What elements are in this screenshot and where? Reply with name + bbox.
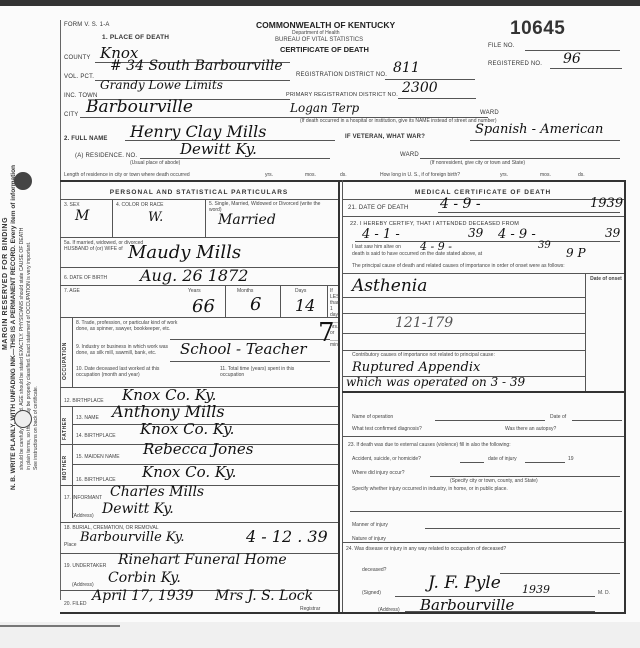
- column-divider-inner: [342, 180, 343, 612]
- diagnosis-label: What test confirmed diagnosis?: [352, 426, 422, 432]
- punch-hole-icon: [14, 172, 32, 190]
- residence-ward-line: [420, 158, 620, 159]
- father-name-value: Anthony Mills: [112, 402, 225, 421]
- column-divider: [338, 180, 340, 612]
- age-days-value: 14: [295, 296, 315, 315]
- cause-intro: The principal cause of death and related…: [352, 263, 614, 269]
- rule: [342, 273, 624, 274]
- undertaker-address-label: (Address): [72, 582, 94, 588]
- injury-year-label: 19: [568, 456, 574, 462]
- attended-to-value: 4 - 9 -: [498, 227, 536, 242]
- margin-rule: [60, 20, 61, 600]
- attended-to-year: 39: [605, 226, 620, 240]
- rule: [225, 285, 226, 317]
- sex-value: M: [75, 208, 89, 224]
- cause-code-value: 121-179: [395, 315, 453, 331]
- operation-label: Name of operation: [352, 414, 393, 420]
- md-label: M. D.: [598, 590, 610, 596]
- instructions-line-1: N. B. WRITE PLAINLY, WITH UNFADING INK—T…: [10, 165, 17, 490]
- age-months-value: 6: [250, 294, 261, 315]
- specify-label: Specify whether injury occurred in indus…: [352, 486, 617, 492]
- father-birthplace-label: 14. BIRTHPLACE: [76, 433, 116, 439]
- industry-label: 9. Industry or business in which work wa…: [76, 344, 176, 356]
- last-saw-year: 39: [538, 240, 551, 251]
- mother-maiden-value: Rebecca Jones: [143, 440, 253, 458]
- date-of-death-line: [438, 212, 620, 213]
- full-name-value: Henry Clay Mills: [130, 122, 266, 141]
- attended-from-year: 39: [468, 226, 483, 240]
- total-time-label: 11. Total time (years) spent in this occ…: [220, 366, 300, 378]
- mother-birthplace-value: Knox Co. Ky.: [142, 463, 236, 481]
- vol-pct-label: Vol. Pct.: [64, 74, 94, 80]
- us-label: How long in U. S., if of foreign birth?: [380, 172, 460, 178]
- contributory-1-value: Ruptured Appendix: [352, 360, 480, 375]
- accident-line: [460, 462, 484, 463]
- industry-mark: 7: [318, 318, 335, 348]
- city-value: Barbourville: [86, 97, 193, 117]
- medical-heading: MEDICAL CERTIFICATE OF DEATH: [342, 189, 624, 196]
- residence-note: (Usual place of abode): [130, 160, 180, 166]
- specify-line: [350, 511, 622, 512]
- bottom-border: [60, 612, 626, 614]
- city-line: [80, 117, 290, 118]
- rule: [60, 522, 338, 523]
- onset-column-divider: [585, 273, 586, 391]
- date-of-death-value: 4 - 9 -: [440, 196, 481, 212]
- color-value: W.: [148, 210, 163, 225]
- mother-maiden-label: 15. MAIDEN NAME: [76, 454, 120, 460]
- informant-value: Charles Mills: [110, 484, 204, 500]
- full-name-label: 2. FULL NAME: [64, 136, 108, 142]
- address-label: (Address): [378, 607, 400, 613]
- vol-pct-value: Grandy Lowe Limits: [100, 78, 223, 92]
- undertaker-label: 19. UNDERTAKER: [64, 563, 106, 569]
- signed-value: J. F. Pyle: [428, 573, 501, 593]
- father-side-label: FATHER: [62, 417, 68, 440]
- operation-date-label: Date of: [550, 414, 566, 420]
- date-of-death-year: 1939: [590, 196, 623, 211]
- cause-line: [342, 333, 585, 334]
- city-label: City: [64, 112, 78, 118]
- header-title: CERTIFICATE OF DEATH: [280, 45, 369, 54]
- registration-district-value: 811: [393, 60, 420, 76]
- industry-line: [170, 361, 330, 362]
- rule: [342, 391, 624, 393]
- form-id: Form V. S. 1-A: [64, 22, 110, 28]
- deceased-label: deceased?: [362, 567, 386, 573]
- punch-hole-icon: [14, 410, 32, 428]
- years-occupation-label: 10. Date deceased last worked at this oc…: [76, 366, 176, 378]
- rule: [72, 406, 73, 518]
- registrar-label: Registrar: [300, 606, 320, 612]
- street-value: # 34 South Barbourville: [110, 58, 283, 74]
- informant-label: 17. INFORMANT: [64, 495, 102, 501]
- birthplace-label: 12. BIRTHPLACE: [64, 398, 104, 404]
- last-saw-label: I last saw him alive on: [352, 244, 401, 250]
- rule: [327, 285, 328, 317]
- scan-edge-rule: [0, 625, 120, 627]
- binding-margin: N. B. WRITE PLAINLY, WITH UNFADING INK—T…: [0, 120, 58, 620]
- mother-side-label: MOTHER: [62, 455, 68, 480]
- length-mos: mos.: [305, 172, 316, 178]
- signed-label: (Signed): [362, 590, 381, 596]
- burial-place-value: Barbourville Ky.: [80, 530, 185, 545]
- right-border: [624, 180, 626, 612]
- color-label: 4. COLOR OR RACE: [116, 202, 164, 208]
- primary-registration-label: Primary Registration District No.: [286, 92, 398, 98]
- scanned-certificate: N. B. WRITE PLAINLY, WITH UNFADING INK—T…: [0, 0, 640, 648]
- veteran-value: Spanish - American: [475, 122, 603, 137]
- veteran-label: If veteran, what war?: [345, 134, 425, 140]
- age-label: 7. AGE: [64, 288, 80, 294]
- residence-line: [140, 158, 330, 159]
- primary-registration-line: [398, 98, 476, 99]
- trade-label: 8. Trade, profession, or particular kind…: [76, 320, 181, 332]
- instructions-line-2: should be carefully supplied. AGE should…: [19, 228, 25, 470]
- burial-place-label: Place: [64, 542, 77, 548]
- header-commonwealth: COMMONWEALTH OF KENTUCKY: [256, 20, 395, 30]
- attended-from-value: 4 - 1 -: [362, 227, 400, 242]
- address-line: [405, 611, 595, 612]
- filed-label: 20. FILED: [64, 601, 87, 607]
- attended-line: [355, 241, 620, 242]
- manner-label: Manner of injury: [352, 522, 388, 528]
- residence-value: Dewitt Ky.: [180, 140, 257, 158]
- rule: [60, 237, 338, 238]
- instructions-line-3: in plain terms, so that it may be proper…: [26, 242, 32, 470]
- death-said-label: death is said to have occurred on the da…: [352, 251, 532, 257]
- us-mos: mos.: [540, 172, 551, 178]
- rule: [280, 285, 281, 317]
- ward-label: Ward: [480, 110, 499, 116]
- date-injury-line: [525, 462, 565, 463]
- registration-district-label: Registration District No.: [296, 72, 387, 78]
- marital-value: Married: [218, 212, 276, 228]
- town-value: Logan Terp: [290, 101, 359, 115]
- length-ds: ds.: [340, 172, 347, 178]
- us-yrs: yrs.: [500, 172, 508, 178]
- us-ds: ds.: [578, 172, 585, 178]
- cause-line: [342, 313, 585, 314]
- occupation-related-label: 24. Was disease or injury in any way rel…: [346, 546, 621, 552]
- residence-ward-label: Ward: [400, 152, 419, 158]
- rule: [60, 285, 338, 286]
- residence-label: (a) Residence. No.: [75, 153, 137, 159]
- header-department: Department of Health: [292, 30, 340, 36]
- scan-edge-top: [0, 0, 640, 6]
- rule: [112, 199, 113, 237]
- operation-date-line: [572, 420, 622, 421]
- mother-birthplace-label: 16. BIRTHPLACE: [76, 477, 116, 483]
- burial-date-value: 4 - 12 . 39: [246, 527, 328, 546]
- file-no-label: File No.: [488, 43, 515, 49]
- death-time-value: 9 P: [566, 246, 586, 260]
- accident-label: Accident, suicide, or homicide?: [352, 456, 421, 462]
- rule: [60, 199, 338, 200]
- undertaker-value: Rinehart Funeral Home: [118, 552, 287, 568]
- date-of-death-label: 21. DATE OF DEATH: [348, 205, 409, 211]
- rule: [342, 436, 624, 437]
- where-injury-line: [430, 476, 620, 477]
- cause-line: [342, 350, 585, 351]
- where-injury-label: Where did injury occur?: [352, 470, 405, 476]
- rule: [60, 180, 626, 182]
- manner-line: [425, 528, 620, 529]
- filed-date-value: April 17, 1939: [92, 588, 194, 604]
- dob-value: Aug. 26 1872: [140, 266, 248, 285]
- contributory-2-value: which was operated on 3 - 39: [346, 375, 525, 389]
- primary-registration-value: 2300: [402, 80, 438, 96]
- binding-label: MARGIN RESERVED FOR BINDING: [2, 217, 9, 350]
- veteran-line: [470, 140, 620, 141]
- industry-value: School - Teacher: [180, 340, 307, 358]
- nonresident-note: (If nonresident, give city or town and S…: [430, 160, 525, 166]
- dob-label: 6. DATE OF BIRTH: [64, 275, 107, 281]
- county-label: County: [64, 55, 91, 61]
- date-injury-label: date of injury: [488, 456, 517, 462]
- header-bureau: BUREAU OF VITAL STATISTICS: [275, 37, 363, 43]
- registrar-value: Mrs J. S. Lock: [215, 588, 313, 604]
- registered-no-line: [550, 68, 622, 69]
- rule: [342, 542, 624, 543]
- registered-no-label: Registered No.: [488, 61, 542, 67]
- place-of-death-heading: 1. PLACE OF DEATH: [102, 34, 169, 41]
- external-label: 23. If death was due to external causes …: [348, 442, 620, 448]
- deceased-line: [500, 573, 620, 574]
- spouse-value: Maudy Mills: [128, 242, 241, 263]
- length-yrs: yrs.: [265, 172, 273, 178]
- father-name-label: 13. NAME: [76, 415, 99, 421]
- where-injury-note: (Specify city or town, county, and State…: [450, 478, 538, 484]
- contributory-label: Contributory causes of importance not re…: [352, 352, 552, 358]
- principal-cause-value: Asthenia: [352, 276, 427, 296]
- operation-line: [435, 420, 545, 421]
- stamp-number: 10645: [510, 18, 565, 40]
- rule: [342, 216, 624, 217]
- occupation-side-label: OCCUPATION: [62, 342, 68, 380]
- signed-date-value: 1939: [522, 583, 550, 596]
- rule: [342, 199, 624, 200]
- rule: [60, 317, 338, 318]
- informant-address-label: (Address): [72, 513, 94, 519]
- registered-no-value: 96: [563, 51, 581, 67]
- rule: [205, 199, 206, 237]
- rule: [72, 317, 73, 387]
- instructions-line-4: See instructions on back of certificate.: [33, 386, 39, 470]
- days-label: Days: [295, 288, 306, 294]
- autopsy-label: Was there an autopsy?: [505, 426, 556, 432]
- personal-heading: PERSONAL AND STATISTICAL PARTICULARS: [60, 189, 338, 196]
- informant-address-value: Dewitt Ky.: [102, 501, 174, 517]
- father-birthplace-value: Knox Co. Ky.: [140, 420, 234, 438]
- age-years-value: 66: [192, 296, 215, 317]
- undertaker-address-value: Corbin Ky.: [108, 570, 181, 586]
- date-of-onset-label: Date of onset: [590, 276, 622, 282]
- length-residence-label: Length of residence in city or town wher…: [64, 172, 190, 178]
- cause-line: [342, 297, 585, 298]
- years-label: Years: [188, 288, 201, 294]
